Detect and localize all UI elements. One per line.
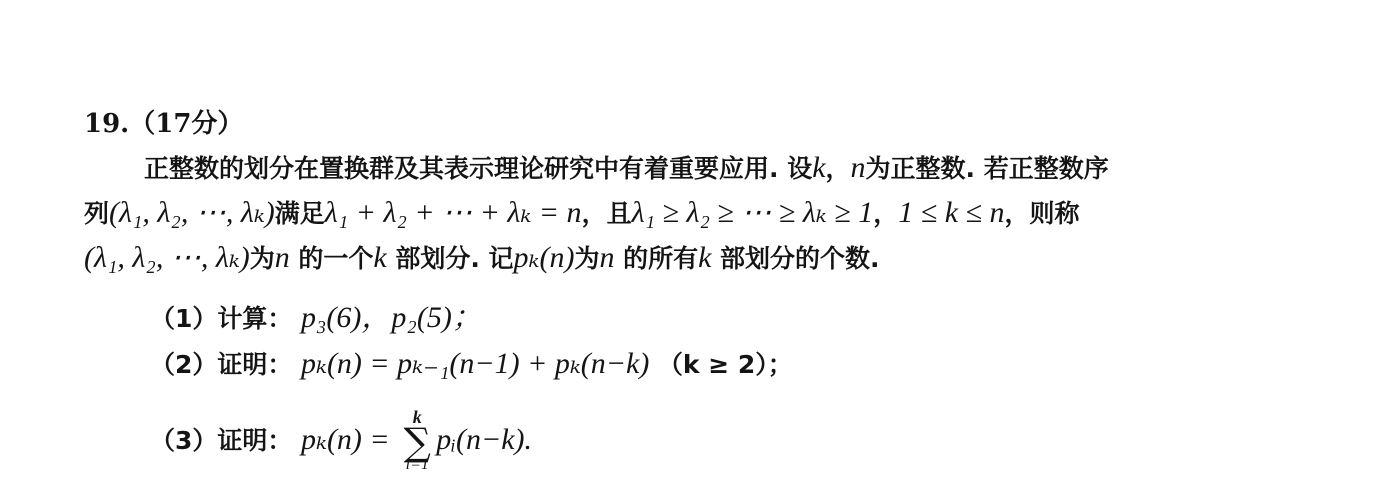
separator: ，: [826, 154, 851, 183]
problem-number: 19.: [84, 109, 129, 139]
rhs-formula: pᵢ(n−k).: [436, 423, 532, 456]
sub-question-label: （3）证明：: [150, 426, 292, 455]
problem-intro-line-3: (λ₁, λ₂, ⋯, λₖ)为n 的一个k 部划分. 记pₖ(n)为n 的所有…: [84, 238, 880, 279]
intro-text: ，且: [582, 199, 632, 228]
var-k: k: [698, 241, 711, 274]
recurrence-formula: pₖ(n) = pₖ₋₁(n−1) + pₖ(n−k): [301, 347, 649, 380]
intro-text: ，则称: [1004, 199, 1079, 228]
problem-intro-line-2: 列(λ₁, λ₂, ⋯, λₖ)满足λ₁ + λ₂ + ⋯ + λₖ = n，且…: [84, 193, 1080, 234]
var-n: n: [275, 241, 290, 274]
sequence-formula: (λ₁, λ₂, ⋯, λₖ): [84, 241, 250, 274]
problem-heading: 19.（17分）: [84, 104, 243, 144]
intro-text: 为: [574, 244, 599, 273]
sub-question-3: （3）证明： pₖ(n) = k ∑ i=1 pᵢ(n−k).: [150, 420, 532, 461]
intro-text: 的所有: [623, 244, 698, 273]
intro-text: 正整数的划分在置换群及其表示理论研究中有着重要应用. 设: [144, 154, 812, 183]
intro-text: 的一个: [298, 244, 373, 273]
order-condition-formula: λ₁ ≥ λ₂ ≥ ⋯ ≥ λₖ ≥ 1: [632, 196, 874, 229]
intro-text: 为: [250, 244, 275, 273]
sub-question-formula: p₃(6)，p₂(5)；: [301, 301, 482, 334]
intro-text: 列: [84, 199, 109, 228]
sum-condition-formula: λ₁ + λ₂ + ⋯ + λₖ = n: [325, 196, 582, 229]
var-n: n: [599, 241, 614, 274]
sequence-formula: (λ₁, λ₂, ⋯, λₖ): [109, 196, 275, 229]
sub-question-label: （1）计算：: [150, 304, 292, 333]
intro-text: 部划分的个数.: [720, 244, 880, 273]
sum-lower-limit: i=1: [400, 445, 434, 485]
sub-question-label: （2）证明：: [150, 350, 292, 379]
separator: ，: [873, 199, 898, 228]
pk-n-formula: pₖ(n): [514, 241, 575, 274]
intro-text: 满足: [275, 199, 325, 228]
problem-points: （17分）: [129, 109, 243, 139]
var-k: k: [812, 151, 825, 184]
sub-question-1: （1）计算： p₃(6)，p₂(5)；: [150, 298, 482, 339]
condition-text: （k ≥ 2）；: [658, 350, 793, 379]
intro-text: 部划分. 记: [395, 244, 513, 273]
var-n: n: [851, 151, 866, 184]
range-condition-formula: 1 ≤ k ≤ n: [898, 196, 1004, 229]
sub-question-2: （2）证明： pₖ(n) = pₖ₋₁(n−1) + pₖ(n−k) （k ≥ …: [150, 344, 793, 385]
intro-text-tail: 为正整数. 若正整数序: [866, 154, 1109, 183]
lhs-formula: pₖ(n) =: [301, 423, 390, 456]
problem-intro-line-1: 正整数的划分在置换群及其表示理论研究中有着重要应用. 设k，n为正整数. 若正整…: [144, 148, 1109, 189]
var-k: k: [373, 241, 386, 274]
summation-symbol: k ∑ i=1: [400, 423, 434, 461]
sum-upper-limit: k: [400, 397, 434, 437]
